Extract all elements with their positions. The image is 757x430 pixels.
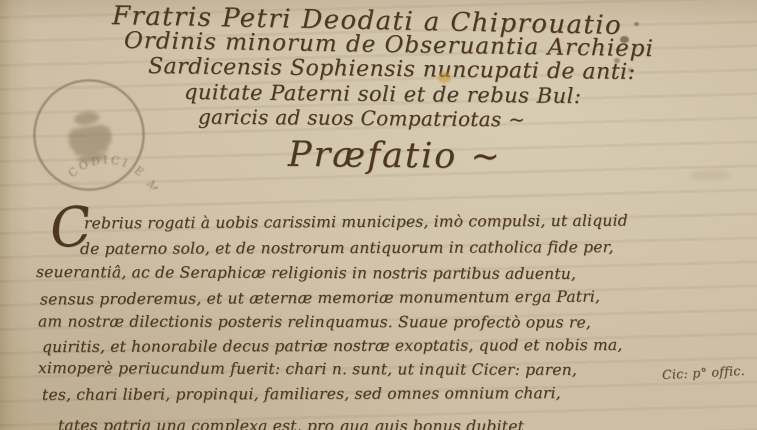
preface-heading: Præfatio ~	[288, 135, 502, 177]
margin-note-cicero: Cic: p° offic.	[662, 363, 746, 382]
body-line-1: rebrius rogati à uobis carissimi municip…	[84, 212, 628, 233]
title-line-5: garicis ad suos Compatriotas ~	[198, 105, 525, 132]
ink-blot	[634, 22, 639, 26]
body-line-5: am nostræ dilectionis posteris relinquam…	[38, 313, 591, 332]
body-line-4: sensus proderemus, et ut æternæ memoriæ …	[40, 288, 600, 309]
body-line-3: seuerantiâ, ac de Seraphicæ religionis i…	[36, 263, 576, 283]
body-line-8: tes, chari liberi, propinqui, familiares…	[42, 384, 561, 404]
body-line-9-clipped: tates patria una complexa est, pro qua q…	[58, 417, 524, 430]
faint-smudge	[690, 170, 730, 180]
title-line-4: quitate Paterni soli et de rebus Bul:	[184, 80, 582, 108]
manuscript-page: Fratris Petri Deodati a Chiprouatio Ordi…	[0, 0, 757, 430]
body-line-7: ximoperè periucundum fuerit: chari n. su…	[38, 359, 577, 379]
body-line-6: quiritis, et honorabile decus patriæ nos…	[42, 336, 623, 356]
library-stamp: CODICI E MSS. CAMPORI	[18, 64, 160, 206]
body-line-2: de paterno solo, et de nostrorum antiquo…	[80, 238, 614, 258]
